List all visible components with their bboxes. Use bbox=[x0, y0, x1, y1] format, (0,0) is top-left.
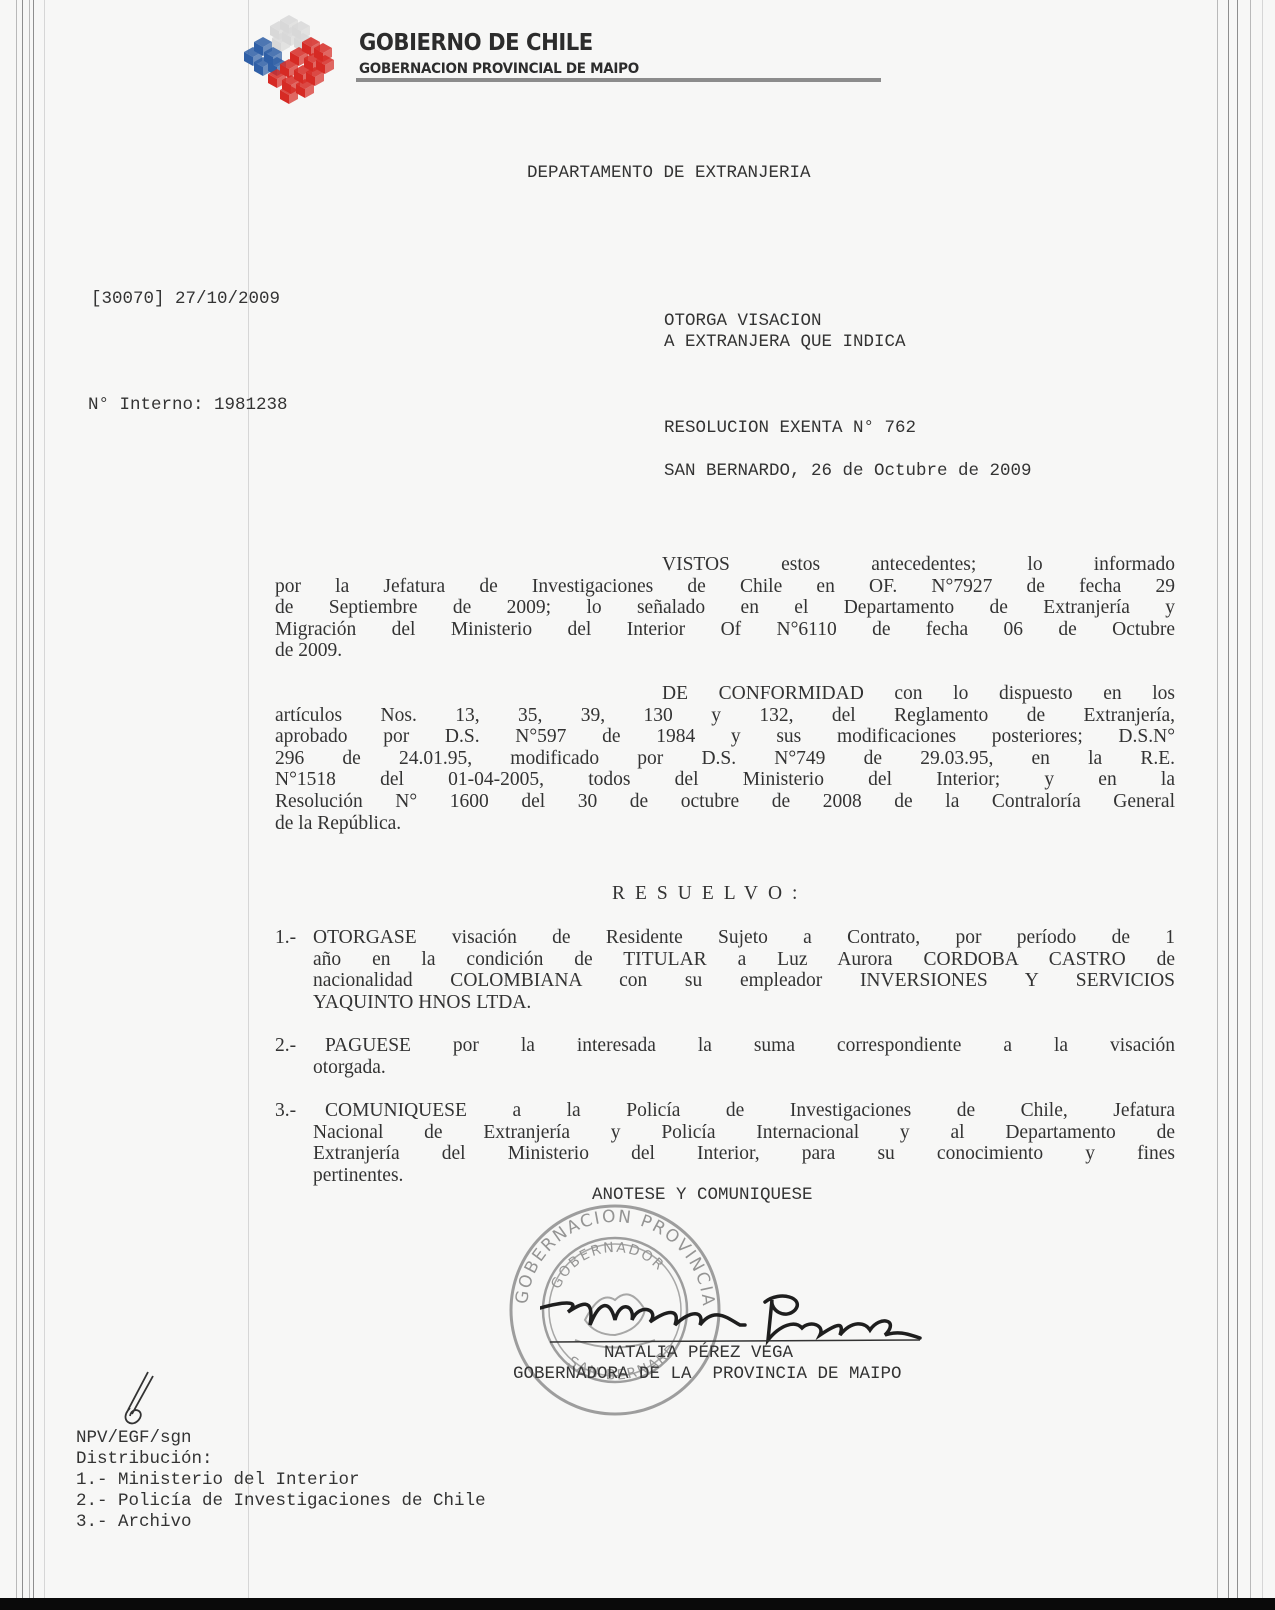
vistos-paragraph: VISTOS estos antecedentes; lo informado … bbox=[275, 554, 1175, 662]
item-line: PAGUESE por la interesada la suma corres… bbox=[313, 1035, 1175, 1057]
item-line: COMUNIQUESE a la Policía de Investigacio… bbox=[313, 1100, 1175, 1122]
resolution-number: RESOLUCION EXENTA N° 762 bbox=[664, 418, 916, 438]
item-line: Nacional de Extranjería y Policía Intern… bbox=[313, 1122, 1175, 1144]
paragraph-line: 296 de 24.01.95, modificado por D.S. N°7… bbox=[275, 748, 1175, 770]
item-line: OTORGASE visación de Residente Sujeto a … bbox=[313, 927, 1175, 949]
paragraph-line: aprobado por D.S. N°597 de 1984 y sus mo… bbox=[275, 726, 1175, 748]
paragraph-line: de 2009. bbox=[275, 640, 1175, 662]
scan-bottom-border bbox=[0, 1598, 1275, 1610]
paragraph-line: de la República. bbox=[275, 813, 1175, 835]
paragraph-line: de Septiembre de 2009; lo señalado en el… bbox=[275, 597, 1175, 619]
resolution-item-2: 2.- PAGUESE por la interesada la suma co… bbox=[275, 1035, 1175, 1078]
paragraph-line: por la Jefatura de Investigaciones de Ch… bbox=[275, 576, 1175, 598]
brand-title: GOBIERNO DE CHILE bbox=[359, 30, 593, 56]
item-line: YAQUINTO HNOS LTDA. bbox=[313, 992, 1175, 1014]
scan-artifact-line bbox=[248, 0, 249, 1598]
place-date: SAN BERNARDO, 26 de Octubre de 2009 bbox=[664, 461, 1032, 481]
handwritten-initials bbox=[118, 1370, 163, 1430]
subject-line-1: OTORGA VISACION bbox=[664, 311, 822, 331]
drafter-initials: NPV/EGF/sgn bbox=[76, 1428, 192, 1448]
resolution-item-1: 1.- OTORGASE visación de Residente Sujet… bbox=[275, 927, 1175, 1013]
scan-artifact-line bbox=[16, 0, 17, 1598]
document-reference: [30070] 27/10/2009 bbox=[91, 289, 280, 309]
scan-artifact-line bbox=[1237, 0, 1238, 1598]
gobierno-chile-logo-icon bbox=[240, 12, 340, 104]
signatory-title: GOBERNADORA DE LA PROVINCIA DE MAIPO bbox=[513, 1364, 902, 1384]
distribution-label: Distribución: bbox=[76, 1449, 213, 1469]
closing-line: ANOTESE Y COMUNIQUESE bbox=[592, 1185, 813, 1205]
distribution-item: 1.- Ministerio del Interior bbox=[76, 1470, 360, 1490]
signatory-name: NATALIA PÉREZ VEGA bbox=[604, 1343, 793, 1363]
distribution-item: 3.- Archivo bbox=[76, 1512, 192, 1532]
subject-line-2: A EXTRANJERA QUE INDICA bbox=[664, 332, 906, 352]
letterhead-rule bbox=[356, 78, 881, 82]
distribution-item: 2.- Policía de Investigaciones de Chile bbox=[76, 1491, 486, 1511]
scan-artifact-line bbox=[1217, 0, 1218, 1598]
item-number: 1.- bbox=[275, 927, 296, 949]
scan-artifact-line bbox=[33, 0, 34, 1598]
item-line: otorgada. bbox=[313, 1057, 1175, 1079]
scan-artifact-line bbox=[1262, 0, 1263, 1598]
scan-artifact-line bbox=[29, 0, 30, 1598]
conformidad-paragraph: DE CONFORMIDAD con lo dispuesto en los a… bbox=[275, 683, 1175, 834]
item-line: año en la condición de TITULAR a Luz Aur… bbox=[313, 949, 1175, 971]
paragraph-line: Resolución N° 1600 del 30 de octubre de … bbox=[275, 791, 1175, 813]
scan-artifact-line bbox=[1228, 0, 1229, 1598]
resolution-item-3: 3.- COMUNIQUESE a la Policía de Investig… bbox=[275, 1100, 1175, 1186]
item-line: nacionalidad COLOMBIANA con su empleador… bbox=[313, 970, 1175, 992]
paragraph-line: artículos Nos. 13, 35, 39, 130 y 132, de… bbox=[275, 705, 1175, 727]
item-number: 2.- bbox=[275, 1035, 296, 1057]
item-line: pertinentes. bbox=[313, 1165, 1175, 1187]
scan-artifact-line bbox=[44, 0, 45, 1598]
scan-artifact-line bbox=[22, 0, 23, 1598]
scan-artifact-line bbox=[1250, 0, 1251, 1598]
internal-number: N° Interno: 1981238 bbox=[88, 395, 288, 415]
paragraph-line: N°1518 del 01-04-2005, todos del Ministe… bbox=[275, 769, 1175, 791]
item-number: 3.- bbox=[275, 1100, 296, 1122]
resuelvo-heading: RESUELVO: bbox=[612, 883, 807, 905]
paragraph-line: Migración del Ministerio del Interior Of… bbox=[275, 619, 1175, 641]
department-heading: DEPARTAMENTO DE EXTRANJERIA bbox=[527, 163, 811, 183]
paragraph-line: DE CONFORMIDAD con lo dispuesto en los bbox=[662, 683, 1175, 705]
item-line: Extranjería del Ministerio del Interior,… bbox=[313, 1143, 1175, 1165]
paragraph-line: VISTOS estos antecedentes; lo informado bbox=[662, 554, 1175, 576]
brand-subtitle: GOBERNACION PROVINCIAL DE MAIPO bbox=[359, 61, 639, 77]
